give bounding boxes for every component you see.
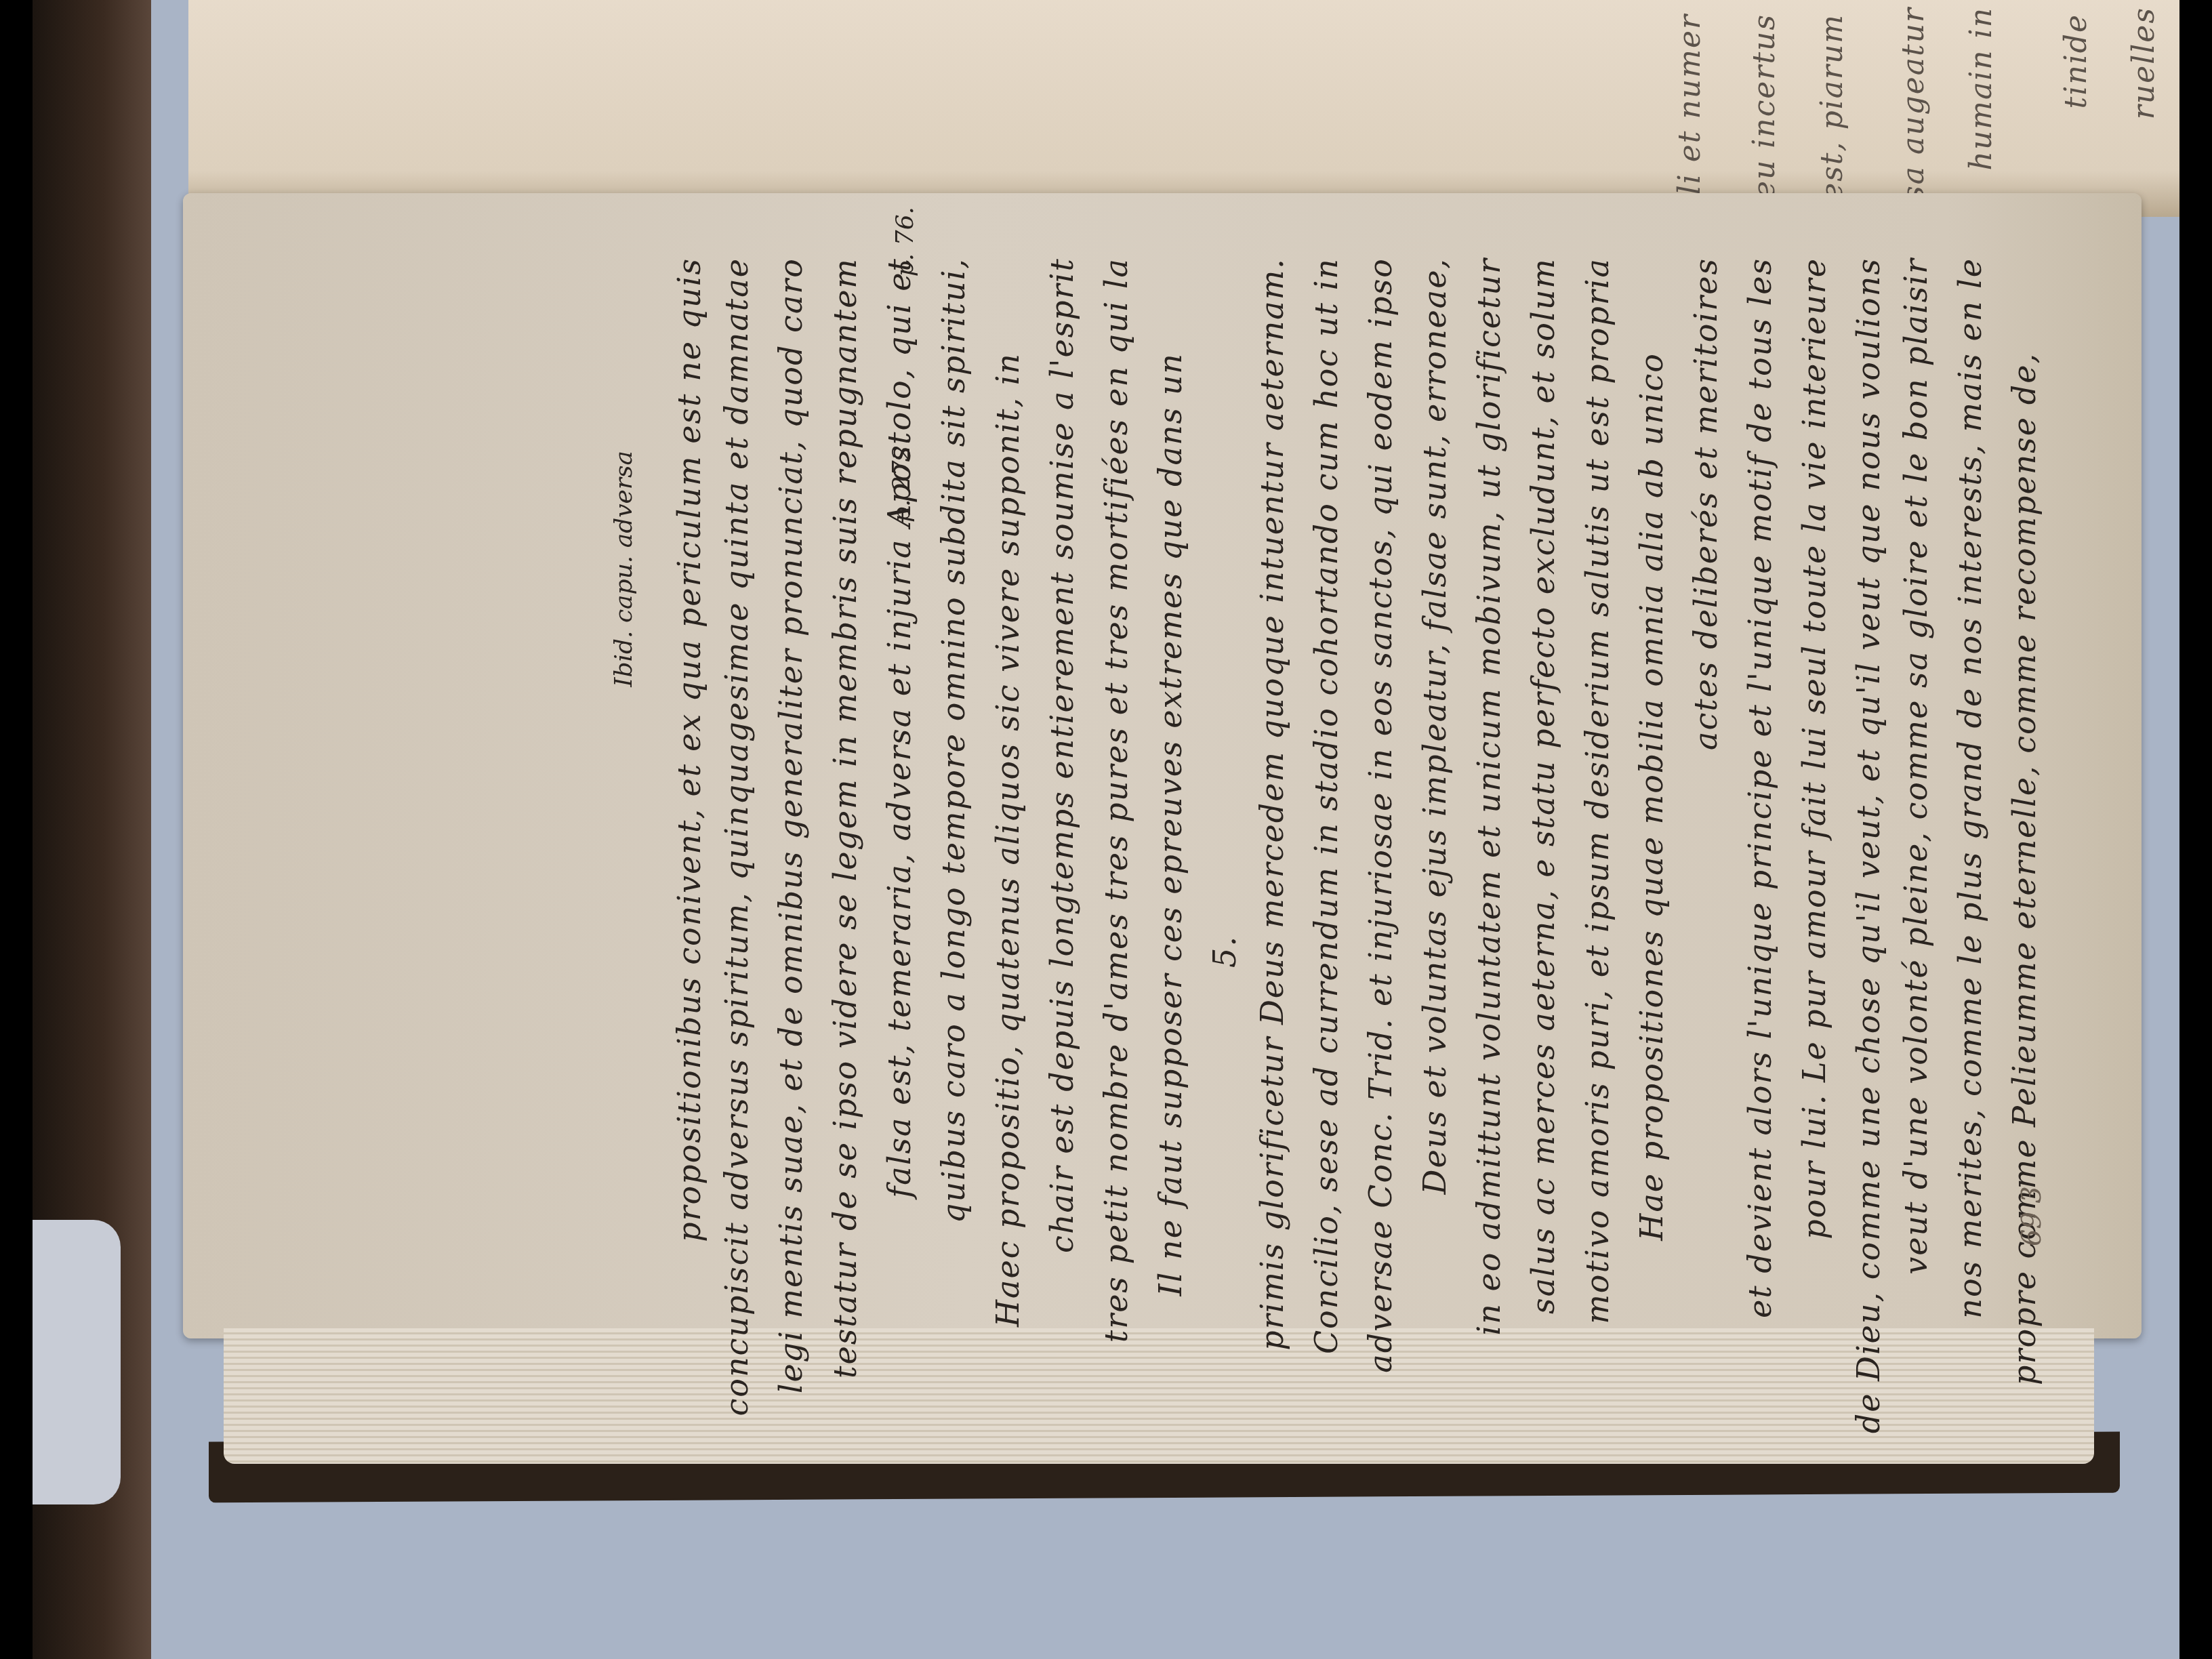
manuscript-line: motivo amoris puri, et ipsum desiderium … <box>1579 258 1616 1324</box>
manuscript-line: primis glorificetur Deus mercedem quoque… <box>1254 258 1290 1351</box>
manuscript-line: Concilio, sese ad currendum in stadio co… <box>1308 258 1345 1354</box>
manuscript-line: veut d'une volonté pleine, comme sa gloi… <box>1898 258 1934 1275</box>
manuscript-line: pour lui. Le pur amour fait lui seul tou… <box>1796 258 1832 1240</box>
manuscript-line: Haec propositio, quatenus aliquos sic vi… <box>989 352 1026 1327</box>
manuscript-line: propositionibus conivent, et ex qua peri… <box>671 258 708 1242</box>
page-edges <box>224 1328 2094 1464</box>
manuscript-line: Il ne faut supposer ces epreuves extreme… <box>1152 352 1189 1296</box>
manuscript-line: testatur de se ipso videre se legem in m… <box>827 258 863 1378</box>
manuscript-line: Hae propositiones quae mobilia omnia ali… <box>1633 352 1670 1241</box>
manuscript-line: actes deliberés et meritoires <box>1687 258 1724 750</box>
manuscript-line: adversae Conc. Trid. et injuriosae in eo… <box>1362 258 1399 1373</box>
facing-line: humain in <box>1964 7 1999 170</box>
manuscript-line: falsa est, temeraria, adversa et injuria… <box>881 258 918 1198</box>
manuscript-line: tres petit nombre d'ames tres pures et t… <box>1098 258 1134 1343</box>
cloth-cushion <box>33 1220 121 1504</box>
margin-note: Ibid. capu. adversa <box>610 451 638 687</box>
page-number: 69 3 <box>2016 1186 2047 1246</box>
manuscript-line: salus ac merces aeterna, e statu perfect… <box>1525 258 1561 1314</box>
manuscript-line: chair est depuis longtemps entierement s… <box>1044 258 1080 1253</box>
facing-line: tinide <box>2059 14 2093 108</box>
facing-page: ruelles tinide humain in sa augeatur fal… <box>188 0 2179 217</box>
manuscript-line: concupiscit adversus spiritum, quinquage… <box>718 258 755 1416</box>
manuscript-line: de Dieu, comme une chose qu'il veut, et … <box>1850 258 1887 1433</box>
facing-line: sa augeatur <box>1896 7 1931 201</box>
facing-line: seu incertus <box>1747 14 1782 216</box>
facing-line: ruelles <box>2127 7 2161 119</box>
manuscript-line: Deus et voluntas ejus impleatur, falsae … <box>1416 258 1453 1194</box>
manuscript-line: 5. <box>1206 935 1243 968</box>
manuscript-line: nos merites, comme le plus grand de nos … <box>1952 258 1988 1319</box>
manuscript-line: legi mentis suae, et de omnibus generali… <box>773 258 809 1393</box>
manuscript-line: quibus caro a longo tempore omnino subdi… <box>935 258 972 1223</box>
manuscript-line: et devient alors l'unique principe et l'… <box>1742 258 1778 1318</box>
manuscript-line: in eo admittunt voluntatem et unicum mob… <box>1471 258 1507 1336</box>
